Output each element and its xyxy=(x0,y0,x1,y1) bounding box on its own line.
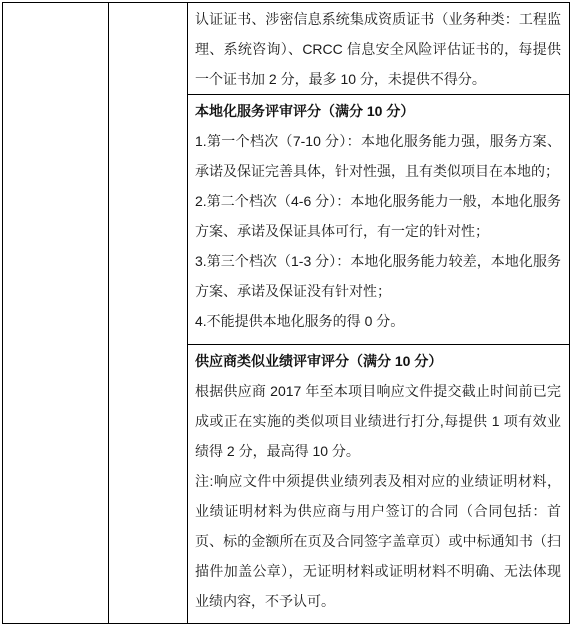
localized-service-tier-2: 2.第二个档次（4-6 分）：本地化服务能力一般，本地化服务方案、承诺及保证具体… xyxy=(195,186,561,246)
table-row-similar-performance: 供应商类似业绩评审评分（满分 10 分） 根据供应商 2017 年至本项目响应文… xyxy=(188,345,569,623)
similar-performance-scoring-rule: 根据供应商 2017 年至本项目响应文件提交截止时间前已完成或正在实施的类似项目… xyxy=(195,376,561,466)
similar-performance-header: 供应商类似业绩评审评分（满分 10 分） xyxy=(195,346,561,376)
localized-service-tier-4: 4.不能提供本地化服务的得 0 分。 xyxy=(195,306,561,336)
table-cell-empty-left xyxy=(3,3,109,623)
localized-service-tier-1: 1.第一个档次（7-10 分）：本地化服务能力强，服务方案、承诺及保证完善具体，… xyxy=(195,126,561,186)
criteria-content-column: 认证证书、涉密信息系统集成资质证书（业务种类：工程监理、系统咨询）、CRCC 信… xyxy=(188,3,569,623)
localized-service-header: 本地化服务评审评分（满分 10 分） xyxy=(195,96,561,126)
table-cell-empty-middle xyxy=(109,3,188,623)
table-row-certificates: 认证证书、涉密信息系统集成资质证书（业务种类：工程监理、系统咨询）、CRCC 信… xyxy=(188,3,569,95)
evaluation-criteria-table: 认证证书、涉密信息系统集成资质证书（业务种类：工程监理、系统咨询）、CRCC 信… xyxy=(2,2,570,624)
localized-service-tier-3: 3.第三个档次（1-3 分）：本地化服务能力较差，本地化服务方案、承诺及保证没有… xyxy=(195,246,561,306)
table-row-localized-service: 本地化服务评审评分（满分 10 分） 1.第一个档次（7-10 分）：本地化服务… xyxy=(188,95,569,345)
certificates-paragraph: 认证证书、涉密信息系统集成资质证书（业务种类：工程监理、系统咨询）、CRCC 信… xyxy=(195,4,561,94)
similar-performance-note: 注:响应文件中须提供业绩列表及相对应的业绩证明材料，业绩证明材料为供应商与用户签… xyxy=(195,466,561,616)
